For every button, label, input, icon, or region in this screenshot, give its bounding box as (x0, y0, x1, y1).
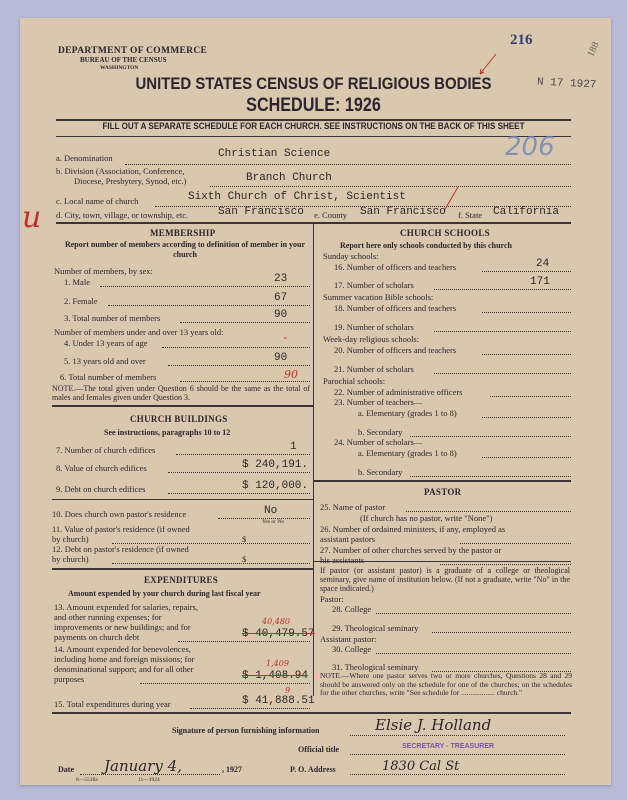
owns-residence-label: 10. Does church own pastor's residence (52, 509, 186, 519)
male-label: 1. Male (64, 277, 90, 287)
denomination-field[interactable]: Christian Science (218, 148, 330, 160)
total-members-label: 3. Total number of members (64, 313, 160, 323)
pastor-seminary-line (432, 632, 571, 633)
church-buildings-instruction: See instructions, paragraphs 10 to 12 (104, 428, 230, 437)
weekday-scholars-label: 21. Number of scholars (334, 364, 414, 374)
teachers-secondary-label: b. Secondary (358, 427, 402, 437)
pastor-note: NOTE.—Where one pastor serves two or mor… (320, 672, 572, 698)
edifices-count-label: 7. Number of church edifices (56, 445, 155, 455)
body-bottom-rule (52, 712, 571, 714)
scholars-secondary-line (410, 476, 571, 477)
sunday-officers-field[interactable]: 24 (536, 258, 549, 270)
membership-rule (52, 405, 313, 407)
residence-debt-field[interactable]: $ (242, 554, 246, 564)
city-label: d. City, town, village, or township, etc… (56, 210, 188, 220)
total-expenditures-field[interactable]: $ 41,888.51 (242, 695, 315, 707)
local-name-label: c. Local name of church (56, 196, 138, 206)
edifices-value-field[interactable]: $ 240,191. (242, 459, 308, 471)
scholars-elementary-line (482, 457, 571, 458)
po-address-field[interactable]: 1830 Cal St (382, 759, 459, 774)
membership-instruction: Report number of members according to de… (60, 240, 310, 260)
male-line (100, 286, 310, 287)
summer-schools-label: Summer vacation Bible schools: (323, 292, 433, 302)
other-churches-label: 27. Number of other churches served by t… (320, 545, 510, 565)
county-label: e. County (314, 210, 347, 220)
signature-label: Signature of person furnishing informati… (172, 726, 319, 735)
expenditures-heading: EXPENDITURES (144, 575, 218, 585)
residence-debt-label: 12. Debt on pastor's residence (if owned… (52, 544, 192, 564)
teachers-elementary-line (482, 417, 571, 418)
schedule-number-stamp: 216 (510, 32, 533, 49)
pastor-mid-rule (313, 561, 571, 562)
pastor-name-label: 25. Name of pastor (320, 502, 385, 512)
sunday-scholars-line (434, 289, 571, 290)
denomination-label: a. Denomination (56, 153, 113, 163)
total-members-6-line (180, 381, 310, 382)
red-check-mark-icon (476, 52, 498, 78)
other-churches-line (440, 564, 571, 565)
over-13-line (168, 365, 310, 366)
signature-field[interactable]: Elsie J. Holland (375, 716, 491, 734)
blue-pencil-number: 206 (505, 132, 555, 162)
assistant-pastor-subheading: Assistant pastor: (320, 634, 376, 644)
official-title-line (350, 754, 565, 755)
running-expenses-line (178, 641, 310, 642)
summer-scholars-line (434, 331, 571, 332)
male-field[interactable]: 23 (274, 273, 287, 285)
total-members-field[interactable]: 90 (274, 309, 287, 321)
pastor-college-label: 28. College (332, 604, 371, 614)
teachers-label: 23. Number of teachers— (334, 397, 422, 407)
running-expenses-correction: 40,480 (262, 617, 290, 626)
yes-or-no-hint: Yes or No (262, 519, 284, 525)
scholars-secondary-label: b. Secondary (358, 467, 402, 477)
po-address-label: P. O. Address (290, 765, 336, 774)
scholars-elementary-label: a. Elementary (grades 1 to 8) (358, 448, 457, 458)
bureau-name: BUREAU OF THE CENSUS (80, 56, 167, 64)
benevolences-line (140, 683, 310, 684)
teachers-secondary-line (410, 436, 571, 437)
weekday-schools-label: Week-day religious schools: (323, 334, 419, 344)
schools-rule (313, 480, 571, 482)
summer-officers-label: 18. Number of officers and teachers (334, 303, 456, 313)
admin-officers-line (490, 396, 571, 397)
state-label: f. State (458, 210, 482, 220)
sunday-scholars-field[interactable]: 171 (530, 276, 550, 288)
edifices-debt-field[interactable]: $ 120,000. (242, 480, 308, 492)
edifices-value-line (168, 472, 310, 473)
pastor-college-line (376, 613, 571, 614)
signature-line (350, 735, 565, 736)
pastor-none-hint: (If church has no pastor, write "None") (360, 513, 492, 523)
weekday-officers-label: 20. Number of officers and teachers (334, 345, 456, 355)
benevolences-correction: 1,409 (266, 659, 289, 668)
over-13-label: 5. 13 years old and over (64, 356, 146, 366)
edifices-debt-line (168, 493, 310, 494)
church-schools-heading: CHURCH SCHOOLS (400, 228, 490, 238)
total-expenditures-label: 15. Total expenditures during year (54, 699, 171, 709)
residence-value-label: 11. Value of pastor's residence (if owne… (52, 524, 192, 544)
sunday-officers-line (482, 271, 571, 272)
running-expenses-field[interactable]: $ 40,479.57 (242, 628, 315, 640)
female-line (108, 305, 310, 306)
assistant-ministers-label: 26. Number of ordained ministers, if any… (320, 524, 520, 544)
pastor-seminary-label: 29. Theological seminary (332, 623, 418, 633)
assistant-ministers-line (460, 543, 571, 544)
edifices-count-field[interactable]: 1 (290, 441, 297, 453)
local-name-field[interactable]: Sixth Church of Christ, Scientist (188, 191, 406, 203)
church-schools-instruction: Report here only schools conducted by th… (340, 241, 512, 250)
weekday-scholars-line (434, 373, 571, 374)
division-label-2: Diocese, Presbytery, Synod, etc.) (74, 176, 187, 186)
benevolences-label: 14. Amount expended for benevolences, in… (54, 644, 204, 684)
under-13-field[interactable]: - (282, 333, 289, 345)
form-number: 8—5518a (76, 777, 98, 783)
state-field[interactable]: California (493, 206, 559, 218)
edifices-value-label: 8. Value of church edifices (56, 463, 147, 473)
female-label: 2. Female (64, 296, 98, 306)
official-title-label: Official title (298, 745, 339, 754)
teachers-elementary-label: a. Elementary (grades 1 to 8) (358, 408, 457, 418)
document-title: UNITED STATES CENSUS OF RELIGIOUS BODIES (38, 74, 590, 94)
under-13-label: 4. Under 13 years of age (64, 338, 148, 348)
pastor-name-line (406, 511, 571, 512)
summer-officers-line (482, 312, 571, 313)
assistant-college-label: 30. College (332, 644, 371, 654)
date-year: , 1927 (222, 765, 242, 774)
owns-residence-field[interactable]: No (264, 505, 277, 517)
weekday-officers-line (482, 354, 571, 355)
edifices-count-line (176, 454, 310, 455)
division-line (210, 186, 571, 187)
under-13-line (162, 347, 310, 348)
graduate-instruction: If pastor (or assistant pastor) is a gra… (320, 566, 570, 593)
po-address-line (350, 774, 565, 775)
official-title-field[interactable]: SECRETARY - TREASURER (402, 743, 494, 750)
members-by-sex-label: Number of members, by sex: (54, 266, 153, 276)
over-13-field[interactable]: 90 (274, 352, 287, 364)
total-members-6-field[interactable]: 90 (284, 368, 298, 381)
summer-scholars-label: 19. Number of scholars (334, 322, 414, 332)
city-field[interactable]: San Francisco (218, 206, 304, 218)
total-expenditures-line (190, 708, 310, 709)
column-divider (313, 224, 314, 696)
running-expenses-label: 13. Amount expended for salaries, repair… (54, 602, 204, 642)
sunday-schools-label: Sunday schools: (323, 251, 379, 261)
assistant-college-line (376, 653, 571, 654)
admin-officers-label: 22. Number of administrative officers (334, 387, 463, 397)
pastor-heading: PASTOR (424, 487, 461, 497)
membership-note: NOTE.—The total given under Question 6 s… (52, 384, 310, 402)
red-u-mark: u (22, 200, 41, 235)
total-members-6-label: 6. Total number of members (60, 372, 156, 382)
expenditures-instruction: Amount expended by your church during la… (68, 589, 261, 598)
date-field[interactable]: January 4, (104, 757, 182, 775)
membership-heading: MEMBERSHIP (150, 228, 216, 238)
division-field[interactable]: Branch Church (246, 172, 332, 184)
total-members-line (180, 322, 310, 323)
residence-debt-line (112, 563, 310, 564)
county-field[interactable]: San Francisco (360, 206, 446, 218)
document-subtitle: SCHEDULE: 1926 (47, 95, 580, 117)
benevolences-field[interactable]: $ 1,408.94 (242, 670, 308, 682)
division-label: b. Division (Association, Conference, (56, 166, 184, 176)
total-expenditures-correction: 9 (285, 686, 290, 695)
female-field[interactable]: 67 (274, 292, 287, 304)
sunday-officers-label: 16. Number of officers and teachers (334, 262, 456, 272)
instruction-banner: FILL OUT A SEPARATE SCHEDULE FOR EACH CH… (95, 121, 533, 132)
edifices-debt-label: 9. Debt on church edifices (56, 484, 145, 494)
buildings-rule (52, 568, 313, 570)
denomination-line (125, 164, 571, 165)
parochial-schools-label: Parochial schools: (323, 376, 385, 386)
sunday-scholars-label: 17. Number of scholars (334, 280, 414, 290)
church-buildings-heading: CHURCH BUILDINGS (130, 414, 228, 424)
date-label: Date (58, 765, 74, 774)
residence-value-field[interactable]: $ (242, 534, 246, 544)
scholars-label: 24. Number of scholars— (334, 437, 422, 447)
header-rule-bottom (56, 136, 571, 137)
members-by-age-label: Number of members under and over 13 year… (54, 327, 223, 337)
form-date-code: 11—1924 (138, 777, 160, 783)
pastor-subheading: Pastor: (320, 594, 344, 604)
department-name: DEPARTMENT OF COMMERCE (58, 46, 207, 56)
bureau-location: WASHINGTON (100, 65, 138, 71)
buildings-mid-rule (52, 499, 313, 500)
